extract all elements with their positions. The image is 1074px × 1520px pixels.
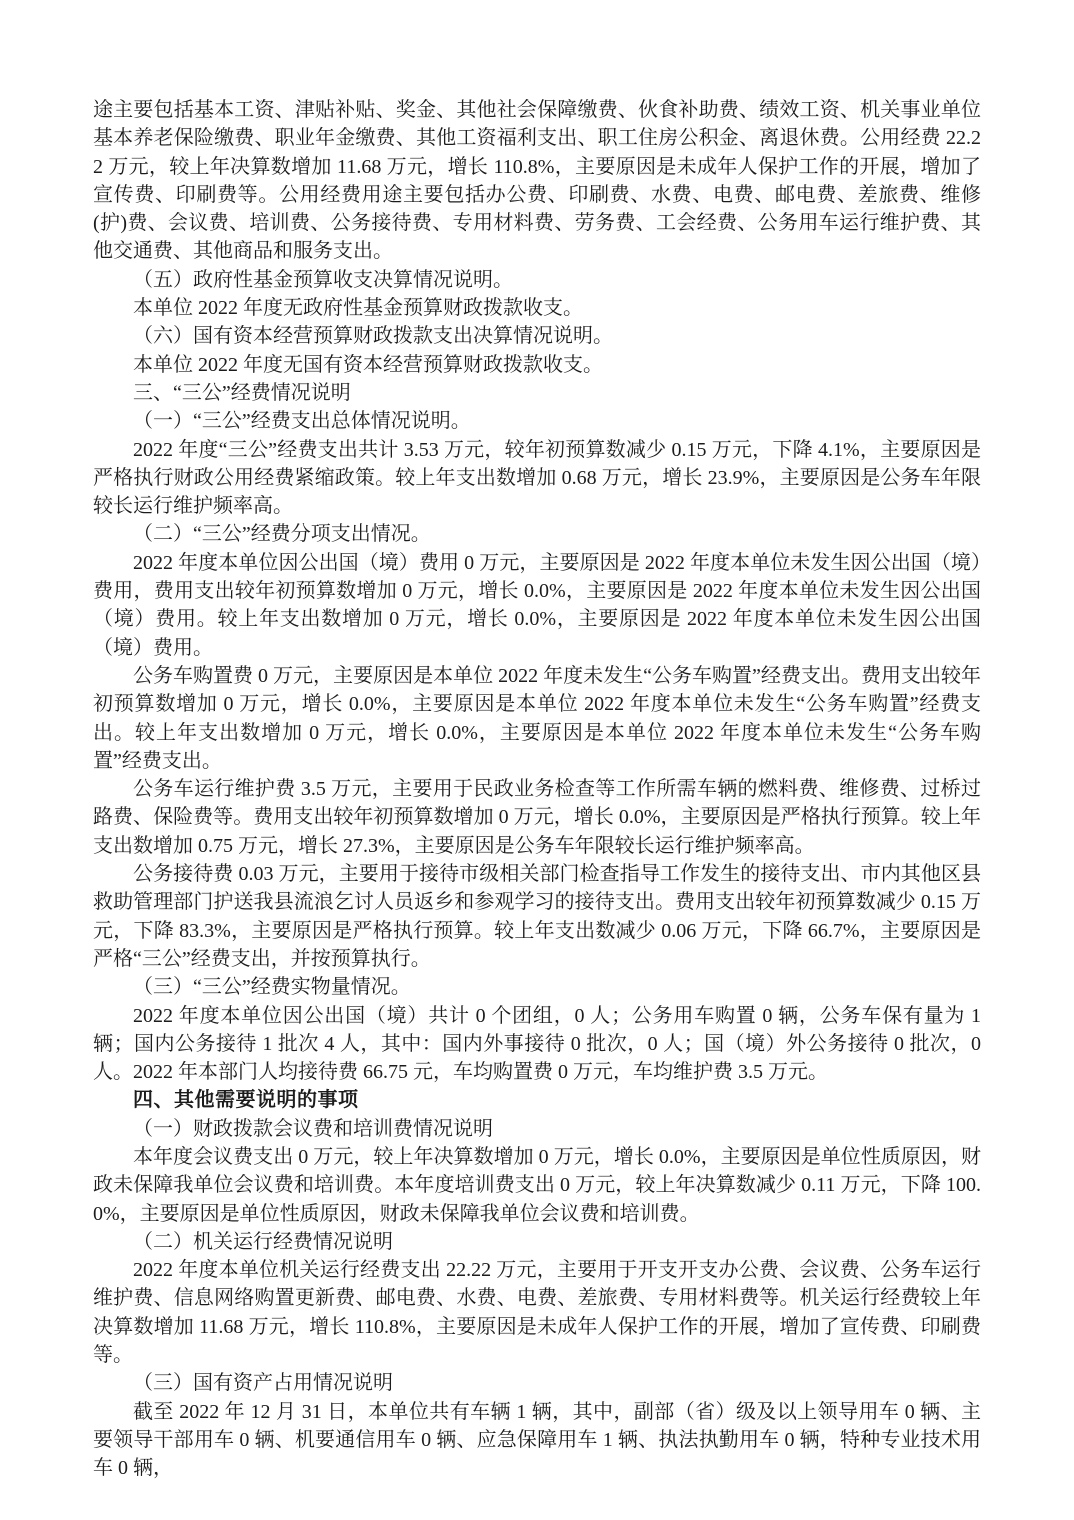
paragraph: 截至 2022 年 12 月 31 日，本单位共有车辆 1 辆，其中，副部（省）…	[93, 1398, 981, 1483]
paragraph: 公务接待费 0.03 万元，主要用于接待市级相关部门检查指导工作发生的接待支出、…	[93, 860, 981, 973]
paragraph: 途主要包括基本工资、津贴补贴、奖金、其他社会保障缴费、伙食补助费、绩效工资、机关…	[93, 96, 981, 266]
paragraph: （三）“三公”经费实物量情况。	[93, 973, 981, 1001]
paragraph: （二）机关运行经费情况说明	[93, 1228, 981, 1256]
paragraph: 本年度会议费支出 0 万元，较上年决算数增加 0 万元，增长 0.0%，主要原因…	[93, 1143, 981, 1228]
document-body: 途主要包括基本工资、津贴补贴、奖金、其他社会保障缴费、伙食补助费、绩效工资、机关…	[93, 96, 981, 1483]
paragraph: （一）财政拨款会议费和培训费情况说明	[93, 1115, 981, 1143]
section-heading: 四、其他需要说明的事项	[93, 1086, 981, 1114]
paragraph: 三、“三公”经费情况说明	[93, 379, 981, 407]
paragraph: 本单位 2022 年度无政府性基金预算财政拨款收支。	[93, 294, 981, 322]
paragraph: 2022 年度“三公”经费支出共计 3.53 万元，较年初预算数减少 0.15 …	[93, 436, 981, 521]
paragraph: 公务车购置费 0 万元，主要原因是本单位 2022 年度未发生“公务车购置”经费…	[93, 662, 981, 775]
paragraph: （三）国有资产占用情况说明	[93, 1369, 981, 1397]
paragraph: 2022 年度本单位机关运行经费支出 22.22 万元，主要用于开支开支办公费、…	[93, 1256, 981, 1369]
paragraph: （六）国有资本经营预算财政拨款支出决算情况说明。	[93, 322, 981, 350]
paragraph: 公务车运行维护费 3.5 万元，主要用于民政业务检查等工作所需车辆的燃料费、维修…	[93, 775, 981, 860]
paragraph: （一）“三公”经费支出总体情况说明。	[93, 407, 981, 435]
paragraph: （二）“三公”经费分项支出情况。	[93, 520, 981, 548]
document-page: 途主要包括基本工资、津贴补贴、奖金、其他社会保障缴费、伙食补助费、绩效工资、机关…	[0, 0, 1074, 1520]
paragraph: 2022 年度本单位因公出国（境）费用 0 万元，主要原因是 2022 年度本单…	[93, 549, 981, 662]
paragraph: （五）政府性基金预算收支决算情况说明。	[93, 266, 981, 294]
paragraph: 2022 年度本单位因公出国（境）共计 0 个团组，0 人；公务用车购置 0 辆…	[93, 1002, 981, 1087]
paragraph: 本单位 2022 年度无国有资本经营预算财政拨款收支。	[93, 351, 981, 379]
